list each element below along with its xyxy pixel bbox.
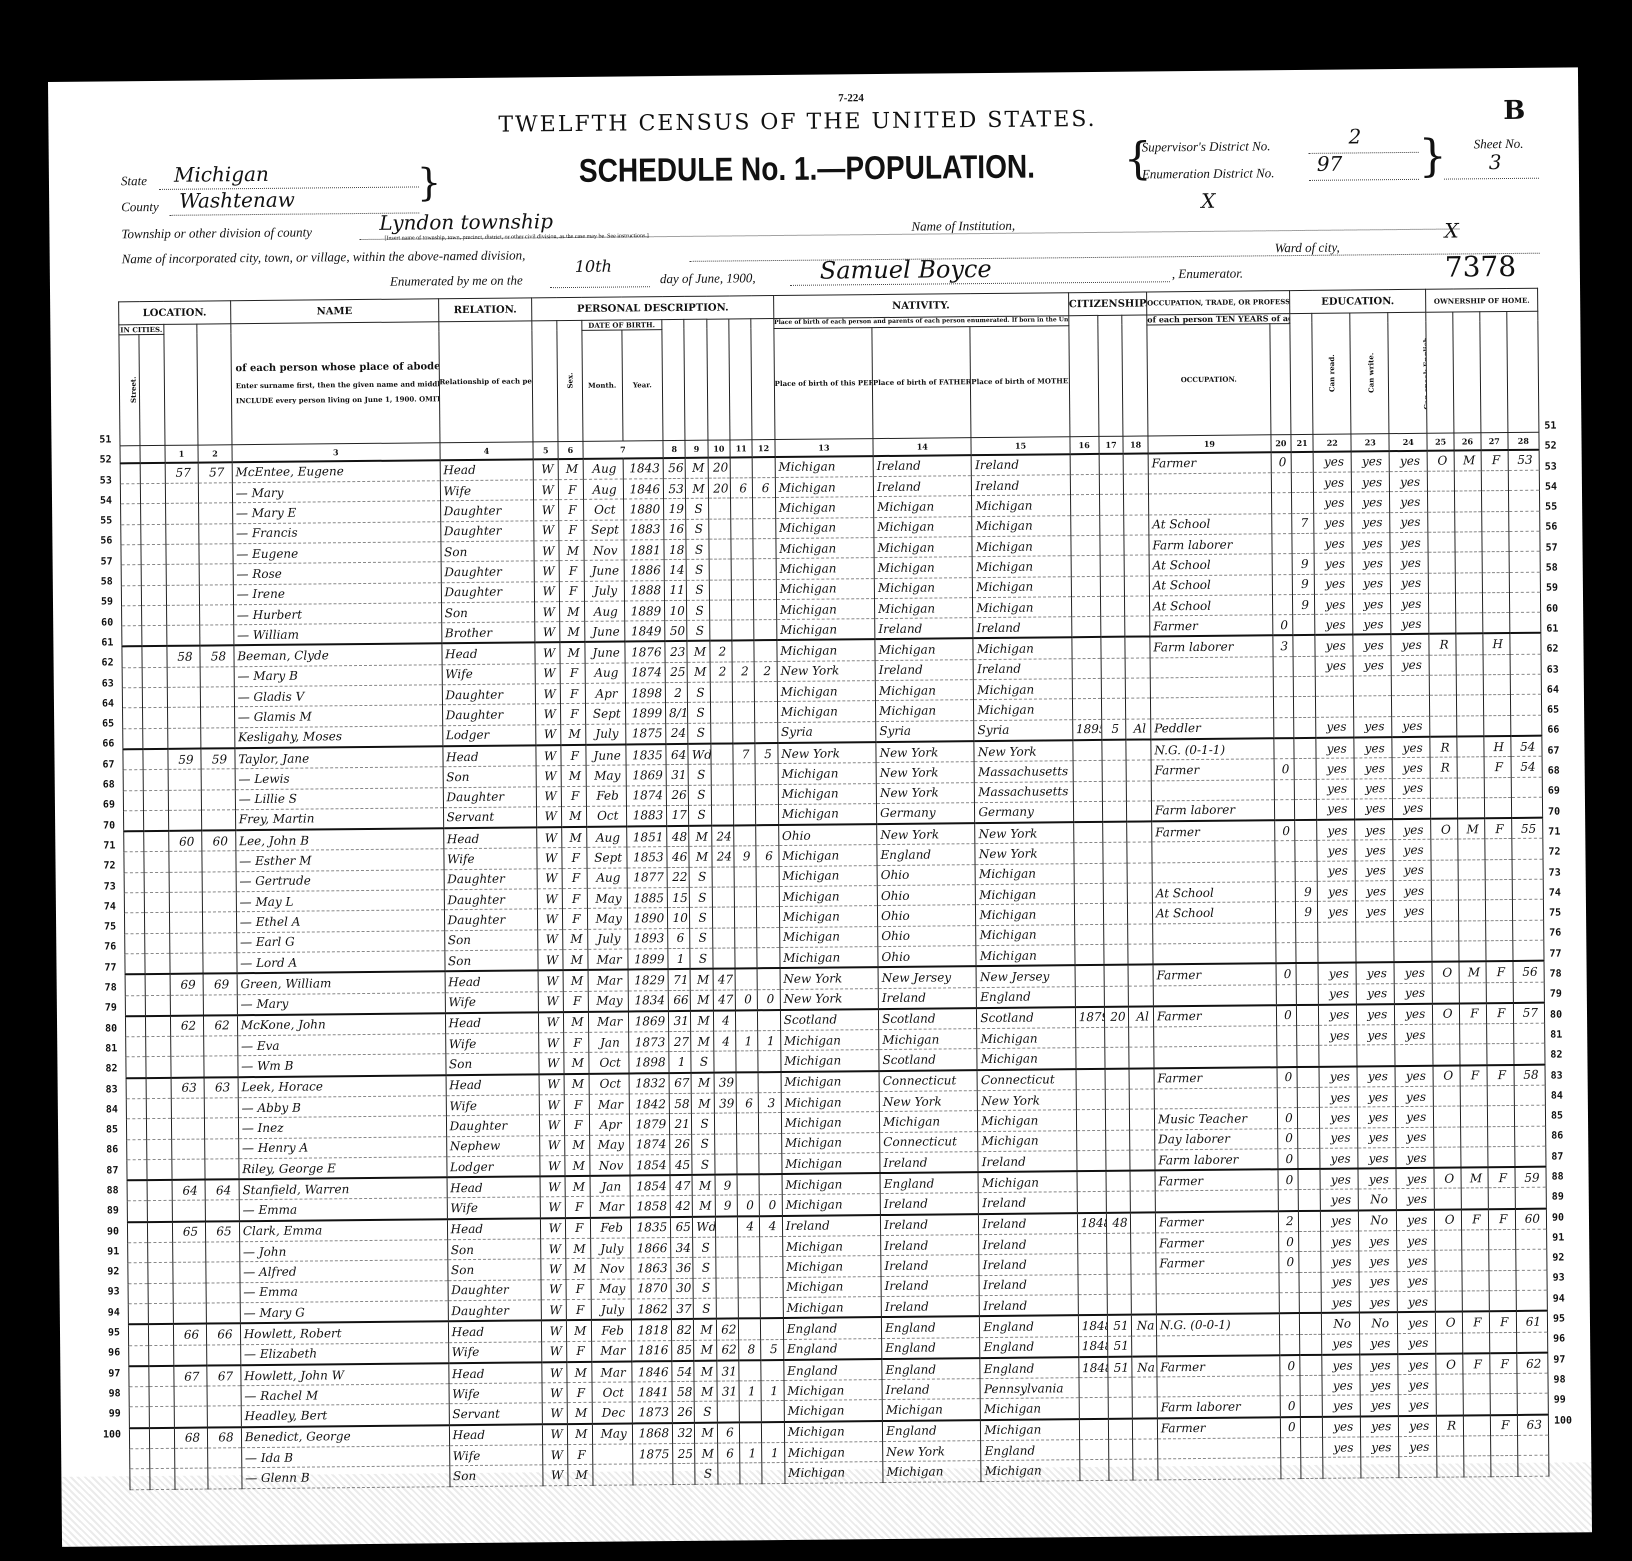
cell-bf: Michigan: [883, 1461, 982, 1482]
cell-read: yes: [1318, 983, 1356, 1004]
cell-fam: [201, 727, 235, 748]
line-number: 68: [1548, 765, 1578, 786]
line-number: 57: [1545, 542, 1575, 563]
cell-ym: 62: [716, 1319, 739, 1340]
cell-eng: [1391, 675, 1429, 696]
cell-color: W: [539, 1012, 564, 1033]
cell-mar: M: [686, 478, 709, 499]
cell-nat: [1124, 555, 1149, 576]
cell-cl: [762, 1422, 785, 1443]
cell-rel: Daughter: [444, 869, 538, 890]
cell-mort: [1459, 920, 1486, 941]
cell-write: yes: [1352, 472, 1390, 493]
cell-age: 36: [671, 1258, 694, 1279]
cell-bm: Michigan: [974, 699, 1073, 720]
cell-eng: [1392, 696, 1430, 717]
cell-moc: [734, 805, 757, 826]
cell-cl: [761, 1297, 784, 1318]
cell-street: [128, 1263, 148, 1283]
cell-fam: [204, 1098, 238, 1119]
cell-dw: [170, 995, 204, 1016]
cell-sch: [1299, 1334, 1322, 1355]
cell-mort: M: [1461, 1167, 1488, 1188]
cell-cl: [761, 1360, 784, 1381]
cell-farm: [1483, 695, 1510, 716]
cell-bp: New York: [777, 660, 876, 681]
cell-age: 37: [671, 1298, 694, 1319]
cell-bp: Michigan: [781, 1132, 880, 1153]
cell-bp: Michigan: [780, 1030, 879, 1051]
cell-ym: [710, 723, 733, 744]
cell-farm: [1481, 491, 1508, 512]
line-number: 77: [1549, 948, 1579, 969]
cell-bm: England: [980, 1315, 1079, 1337]
cell-own: [1433, 1024, 1460, 1045]
cell-ym: [716, 1298, 739, 1319]
line-number: 69: [75, 800, 115, 821]
cell-unemp: [1274, 738, 1294, 759]
cell-month: June: [584, 621, 624, 642]
cell-cl: 1: [761, 1381, 784, 1402]
cell-mort: [1456, 675, 1483, 696]
cell-sch: 9: [1295, 902, 1318, 923]
cell-unemp: [1279, 1272, 1299, 1292]
cell-street: [122, 606, 142, 626]
cell-write: yes: [1359, 1251, 1397, 1272]
header-ownership: OWNERSHIP OF HOME.: [1426, 288, 1538, 312]
cell-write: yes: [1361, 1437, 1399, 1458]
cell-bp: Michigan: [779, 865, 878, 886]
cell-write: yes: [1355, 881, 1393, 902]
cell-color: W: [539, 1033, 564, 1054]
cell-ym: [715, 1216, 738, 1237]
cell-mort: [1462, 1291, 1489, 1312]
cell-rel: Wife: [445, 991, 539, 1013]
cell-moc: [733, 784, 756, 805]
cell-sched: [1510, 633, 1542, 654]
cell-sex: F: [558, 479, 583, 500]
cell-fam: [200, 625, 234, 646]
cell-yrs: [1106, 1150, 1131, 1171]
cell-color: W: [536, 704, 561, 725]
header-education: EDUCATION.: [1289, 289, 1426, 313]
cell-year: 1829: [628, 969, 668, 990]
cell-street: [126, 1037, 146, 1057]
cell-imm: [1076, 1089, 1105, 1110]
cell-bf: New York: [876, 782, 975, 803]
header-nativity: NATIVITY.: [773, 293, 1068, 319]
cell-bf: Ireland: [880, 1152, 979, 1174]
cell-cl: 4: [760, 1216, 783, 1237]
cell-sched: [1514, 1146, 1546, 1167]
cell-dw: [166, 564, 200, 585]
cell-farm: F: [1486, 961, 1513, 982]
cell-sex: M: [565, 1155, 590, 1176]
cell-bf: Ohio: [877, 905, 976, 926]
cell-nat: [1132, 1397, 1157, 1418]
cell-month: Oct: [588, 1052, 628, 1073]
cell-read: yes: [1314, 513, 1352, 534]
cell-cl: [760, 1277, 783, 1298]
cell-nat: [1128, 903, 1153, 924]
cell-nat: [1127, 863, 1152, 884]
cell-nat: [1125, 637, 1150, 658]
cell-mar: M: [685, 457, 708, 478]
cell-ym: [712, 907, 735, 928]
cell-house: [145, 995, 170, 1016]
cell-bm: Michigan: [976, 924, 1075, 945]
cell-unemp: 0: [1280, 1396, 1300, 1417]
cell-mort: [1463, 1394, 1490, 1415]
column-number: 11: [730, 440, 753, 458]
cell-color: W: [539, 991, 564, 1012]
cell-own: [1430, 695, 1457, 716]
cell-unemp: [1276, 942, 1296, 963]
cell-sex: F: [567, 1341, 592, 1362]
cell-occ: [1158, 1458, 1281, 1479]
cell-dw: 66: [173, 1324, 207, 1345]
cell-street: [123, 810, 143, 831]
cell-fam: [203, 932, 237, 953]
cell-farm: [1486, 1024, 1513, 1045]
cell-mort: [1457, 777, 1484, 798]
cell-imm: [1071, 576, 1100, 597]
cell-sched: [1509, 551, 1541, 572]
cell-sch: [1298, 1128, 1321, 1149]
cell-bm: Michigan: [973, 638, 1072, 660]
cell-dw: [169, 933, 203, 954]
cell-color: W: [543, 1424, 568, 1445]
cell-eng: yes: [1396, 1107, 1434, 1128]
cell-farm: [1487, 1085, 1514, 1106]
cell-sched: [1512, 879, 1544, 900]
cell-unemp: 0: [1278, 1148, 1298, 1169]
cell-street: [130, 1449, 150, 1469]
cell-dw: [167, 728, 201, 749]
cell-occ: Peddler: [1151, 717, 1274, 739]
cell-nat: Al: [1126, 719, 1151, 740]
cell-ym: [712, 887, 735, 908]
cell-house: [144, 810, 169, 831]
cell-unemp: [1279, 1293, 1299, 1314]
cell-eng: yes: [1396, 1147, 1434, 1168]
cell-sch: [1294, 738, 1317, 759]
cell-name: — Rose: [233, 562, 441, 584]
cell-yrs: [1104, 965, 1129, 986]
cell-fam: [205, 1200, 239, 1221]
cell-fam: [206, 1303, 240, 1324]
cell-write: yes: [1360, 1395, 1398, 1416]
cell-street: [124, 913, 144, 933]
cell-write: yes: [1355, 798, 1393, 819]
cell-moc: [732, 682, 755, 703]
cell-farm: [1482, 592, 1509, 613]
cell-nat: [1130, 1171, 1155, 1192]
cell-mort: [1456, 655, 1483, 676]
cell-month: Feb: [591, 1320, 631, 1341]
cell-nat: [1130, 1191, 1155, 1212]
cell-fam: 63: [204, 1077, 238, 1098]
cell-sch: [1296, 963, 1319, 984]
cell-yrs: [1103, 904, 1128, 925]
cell-farm: F: [1484, 757, 1511, 778]
line-number: 57: [73, 556, 113, 577]
cell-mort: [1456, 634, 1483, 655]
cell-ym: [713, 948, 736, 969]
header-birth-person: Place of birth of this PERSON.: [774, 327, 873, 439]
cell-house: [144, 852, 169, 873]
cell-occ: Farmer: [1152, 820, 1275, 842]
cell-name: — William: [233, 623, 441, 646]
cell-ym: 24: [712, 846, 735, 867]
cell-sched: 63: [1517, 1414, 1549, 1435]
cell-unemp: [1271, 473, 1291, 493]
cell-name: — Elizabeth: [240, 1342, 448, 1365]
cell-bm: Michigan: [976, 884, 1075, 905]
column-number: 15: [971, 437, 1069, 455]
cell-write: yes: [1354, 716, 1392, 737]
cell-rel: Son: [441, 602, 535, 623]
cell-name: Kesligahy, Moses: [234, 725, 442, 748]
cell-rel: Daughter: [446, 1115, 540, 1136]
cell-bp: Michigan: [779, 906, 878, 927]
cell-fam: [207, 1406, 241, 1427]
cell-ym: [709, 600, 732, 621]
line-number: 60: [1546, 603, 1576, 624]
line-number: 62: [74, 658, 114, 679]
cell-age: 56: [663, 458, 686, 479]
cell-sched: [1512, 859, 1544, 880]
cell-mar: S: [693, 1278, 716, 1299]
cell-moc: 1: [740, 1443, 763, 1464]
cell-farm: [1485, 839, 1512, 860]
column-number: 23: [1351, 433, 1389, 451]
cell-ym: 31: [717, 1381, 740, 1402]
cell-sched: [1512, 900, 1544, 921]
cell-read: yes: [1317, 820, 1355, 841]
cell-unemp: [1279, 1313, 1299, 1334]
cell-yrs: [1102, 781, 1127, 802]
cell-unemp: [1275, 841, 1295, 861]
cell-sex: M: [563, 929, 588, 950]
cell-eng: yes: [1396, 1189, 1434, 1210]
cell-eng: yes: [1398, 1395, 1436, 1416]
cell-ym: 6: [717, 1443, 740, 1464]
institution-value: X: [1201, 189, 1215, 213]
cell-write: yes: [1352, 512, 1390, 533]
cell-color: W: [542, 1320, 567, 1341]
cell-imm: [1072, 658, 1101, 679]
cell-sch: [1297, 1087, 1320, 1108]
line-number: 54: [72, 495, 112, 516]
cell-yrs: [1100, 535, 1125, 556]
cell-year: 1846: [632, 1361, 672, 1382]
cell-nat: [1127, 801, 1152, 822]
cell-name: — Mary: [232, 481, 440, 503]
cell-fam: 57: [198, 462, 232, 483]
cell-name: — Wm B: [238, 1054, 446, 1077]
cell-bm: Ireland: [979, 1234, 1078, 1255]
cell-age: 8/12: [665, 703, 688, 724]
cell-rel: Head: [441, 643, 535, 665]
cell-read: yes: [1322, 1334, 1360, 1355]
cell-sex: F: [563, 991, 588, 1012]
cell-farm: [1486, 982, 1513, 1003]
cell-fam: [200, 584, 234, 605]
cell-farm: [1487, 1044, 1514, 1065]
cell-name: — Abby B: [238, 1096, 446, 1118]
column-number: 19: [1148, 435, 1271, 454]
cell-color: W: [542, 1341, 567, 1362]
cell-own: [1435, 1291, 1462, 1312]
cell-dw: [169, 912, 203, 933]
cell-unemp: [1271, 493, 1291, 513]
cell-sched: 62: [1516, 1353, 1548, 1374]
cell-imm: [1076, 1130, 1105, 1151]
cell-cl: [757, 887, 780, 908]
cell-mar: S: [689, 867, 712, 888]
cell-occ: Day laborer: [1155, 1128, 1278, 1149]
cell-imm: [1079, 1378, 1108, 1399]
header-occupation-col: OCCUPATION.: [1147, 324, 1271, 436]
cell-write: yes: [1356, 962, 1394, 983]
cell-fam: [199, 564, 233, 585]
cell-occ: [1150, 657, 1273, 678]
cell-farm: F: [1486, 1003, 1513, 1024]
cell-bp: Michigan: [775, 456, 874, 478]
cell-moc: [732, 600, 755, 621]
cell-house: [147, 1180, 172, 1201]
cell-nat: Al: [1129, 1006, 1154, 1027]
cell-farm: [1488, 1230, 1515, 1251]
cell-street: [129, 1366, 149, 1387]
cell-rel: Son: [440, 541, 534, 562]
cell-mar: Wd: [688, 744, 711, 765]
cell-occ: N.G. (0-0-1): [1156, 1314, 1279, 1336]
cell-name: — Eugene: [233, 542, 441, 564]
cell-sched: [1517, 1435, 1549, 1456]
cell-bm: Michigan: [973, 576, 1072, 597]
column-number: 22: [1313, 434, 1351, 452]
cell-age: 47: [670, 1175, 693, 1196]
header-dob: DATE OF BIRTH.: [581, 320, 662, 331]
cell-dw: [165, 524, 199, 545]
cell-sex: F: [562, 868, 587, 889]
cell-eng: [1394, 941, 1432, 962]
cell-bf: New York: [876, 741, 975, 763]
cell-year: 1885: [627, 888, 667, 909]
cell-bp: Michigan: [780, 946, 879, 968]
cell-imm: 1848: [1077, 1213, 1106, 1234]
line-number: 88: [1552, 1171, 1582, 1192]
cell-sched: [1514, 1126, 1546, 1147]
cell-house: [142, 687, 167, 708]
cell-sch: [1299, 1313, 1322, 1334]
cell-street: [122, 688, 142, 708]
cell-rel: Lodger: [446, 1156, 540, 1178]
cell-age: 16: [664, 519, 687, 540]
cell-dw: [168, 810, 202, 831]
cell-moc: [733, 702, 756, 723]
cell-own: [1434, 1127, 1461, 1148]
cell-name: — Esther M: [236, 849, 444, 871]
cell-name: Howlett, John W: [241, 1363, 449, 1386]
cell-fam: [204, 1056, 238, 1077]
cell-bp: Michigan: [779, 926, 878, 947]
name-note1: Enter surname first, then the given name…: [236, 380, 435, 390]
cell-cl: 1: [762, 1443, 785, 1464]
cell-sch: [1294, 799, 1317, 820]
cell-own: [1430, 778, 1457, 799]
cell-ym: [709, 559, 732, 580]
cell-own: [1434, 1106, 1461, 1127]
cell-bp: Michigan: [778, 803, 877, 825]
cell-mort: M: [1454, 450, 1481, 471]
cell-write: yes: [1361, 1416, 1399, 1437]
cell-street: [125, 974, 145, 995]
cell-dw: [174, 1448, 208, 1469]
cell-cl: [759, 1174, 782, 1195]
cell-dw: 63: [171, 1077, 205, 1098]
cell-ym: 6: [717, 1422, 740, 1443]
cell-rel: Head: [447, 1177, 541, 1199]
cell-bm: Michigan: [977, 1048, 1076, 1070]
ward-label: Ward of city,: [1275, 240, 1340, 257]
cell-imm: [1077, 1192, 1106, 1213]
cell-year: 1853: [627, 847, 667, 868]
cell-dw: [165, 503, 199, 524]
cell-sex: F: [559, 561, 584, 582]
cell-read: yes: [1315, 656, 1353, 677]
cell-yrs: [1108, 1418, 1133, 1439]
line-number: 79: [1550, 989, 1580, 1010]
line-number: 59: [73, 597, 113, 618]
cell-color: W: [541, 1197, 566, 1218]
cell-write: yes: [1358, 1168, 1396, 1189]
line-number: 91: [79, 1246, 119, 1267]
cell-year: 1841: [632, 1382, 672, 1403]
cell-occ: At School: [1149, 554, 1272, 575]
cell-cl: 6: [753, 478, 776, 499]
cell-mort: [1461, 1147, 1488, 1168]
cell-rel: Servant: [449, 1403, 543, 1425]
cell-own: [1428, 512, 1455, 533]
header-sex: Sex.: [565, 373, 574, 389]
census-sheet: 7-224 TWELFTH CENSUS OF THE UNITED STATE…: [48, 67, 1592, 1547]
cell-house: [143, 790, 168, 811]
cell-own: [1429, 655, 1456, 676]
cell-eng: [1399, 1457, 1437, 1478]
cell-sch: [1296, 984, 1319, 1005]
cell-house: [148, 1263, 173, 1284]
cell-month: July: [584, 581, 624, 602]
cell-nat: [1133, 1459, 1158, 1480]
line-number: 95: [1553, 1313, 1583, 1334]
cell-month: Aug: [585, 663, 625, 684]
cell-sex: M: [565, 1176, 590, 1197]
cell-street: [123, 770, 143, 790]
cell-house: [141, 524, 166, 545]
cell-mar: M: [694, 1319, 717, 1340]
cell-sched: [1514, 1105, 1546, 1126]
header-relation: RELATION.: [438, 298, 532, 322]
cell-own: R: [1429, 634, 1456, 655]
cell-name: — Earl G: [236, 930, 444, 952]
cell-mar: S: [692, 1134, 715, 1155]
line-number: 61: [73, 637, 113, 658]
cell-eng: yes: [1399, 1415, 1437, 1436]
name-note2: INCLUDE every person living on June 1, 1…: [236, 396, 435, 406]
